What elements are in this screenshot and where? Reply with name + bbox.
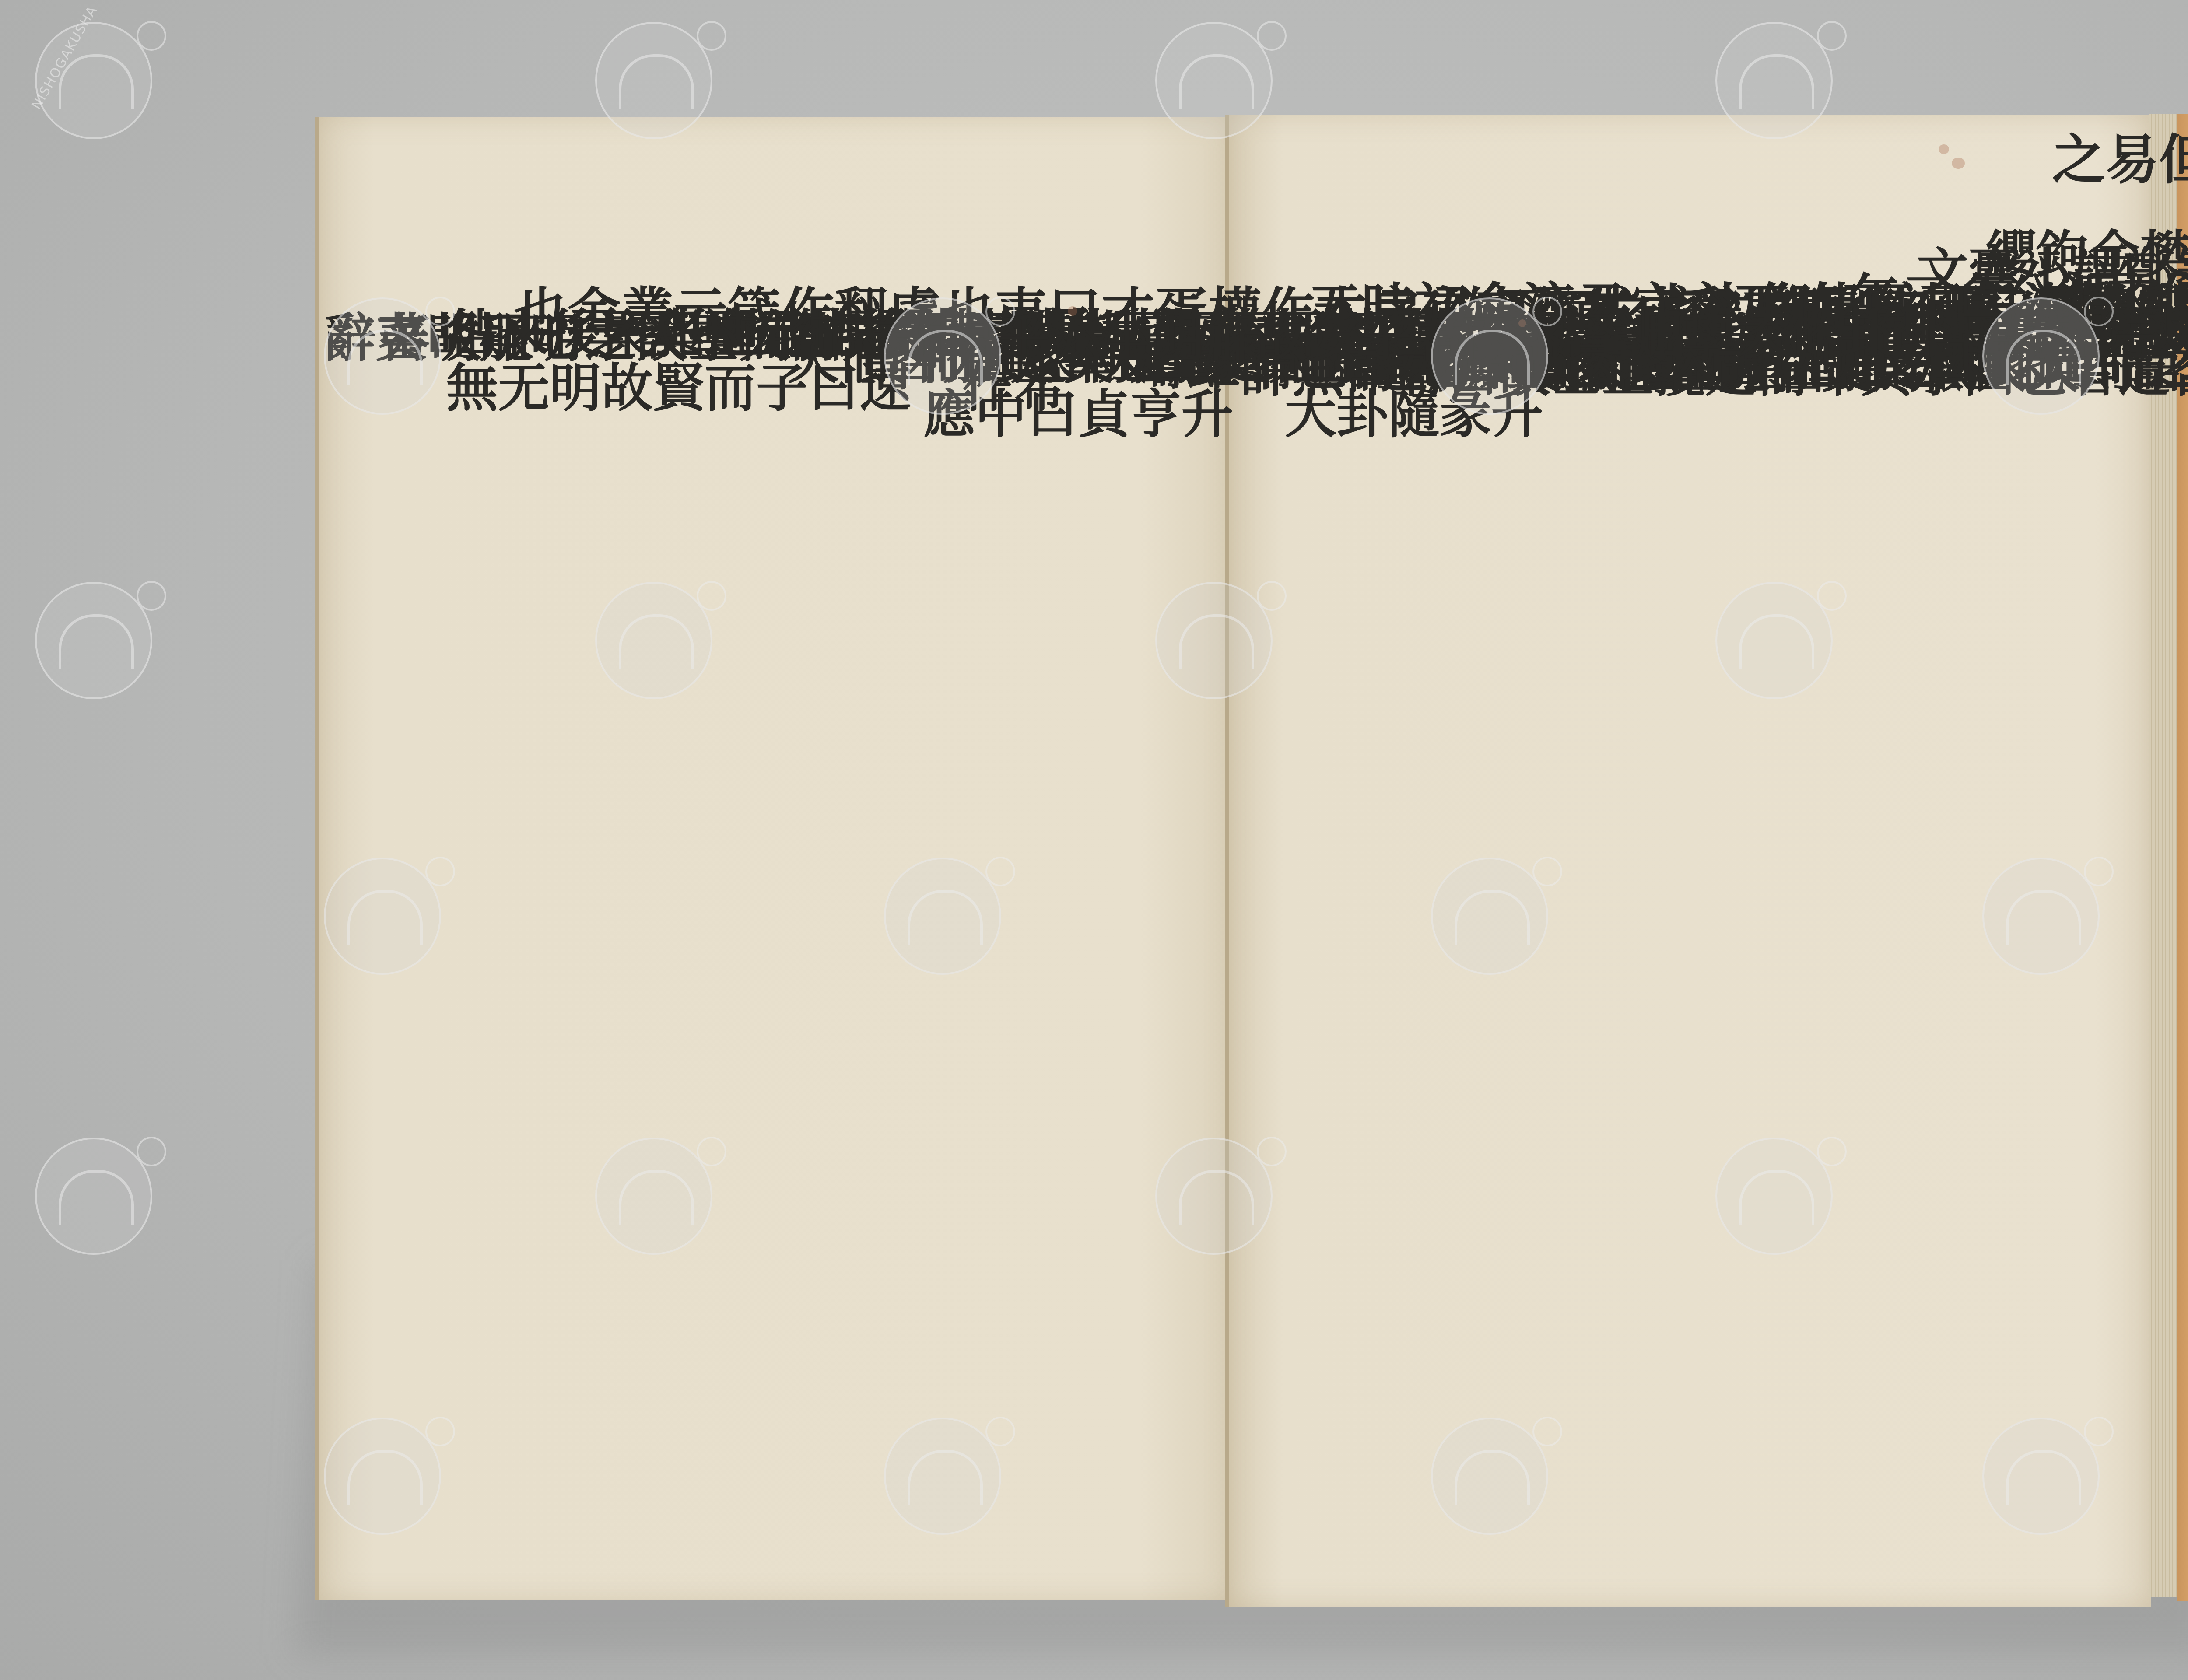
watermark-logo-icon xyxy=(1715,1137,1833,1255)
watermark-logo-icon xyxy=(1982,1417,2100,1535)
watermark-logo-icon xyxy=(595,1137,712,1255)
watermark-logo-icon xyxy=(324,1417,441,1535)
watermark-logo-icon xyxy=(1982,857,2100,975)
paper-stain xyxy=(1939,144,1949,154)
watermark-logo-icon xyxy=(884,1417,1001,1535)
watermark-logo-icon xyxy=(324,857,441,975)
watermark-logo-icon xyxy=(1155,582,1273,699)
watermark-logo-icon xyxy=(595,22,712,139)
right-page-column-1: 實公羨周禮除曰易訟上九或錫之鞶帯注云佩鞶之帯但易之 xyxy=(2048,131,2188,187)
watermark-logo-icon xyxy=(1155,1137,1273,1255)
watermark-logo-icon xyxy=(884,857,1001,975)
watermark-logo-icon xyxy=(1431,297,1548,415)
watermark-logo-icon xyxy=(1431,1417,1548,1535)
watermark-logo-icon xyxy=(1715,22,1833,139)
watermark-logo-icon xyxy=(1982,297,2100,415)
watermark-logo-icon xyxy=(35,1137,152,1255)
watermark-logo-icon xyxy=(595,582,712,699)
watermark-logo-icon xyxy=(35,582,152,699)
watermark-logo-icon xyxy=(324,297,441,415)
paper-stain xyxy=(1068,306,1077,316)
paper-stain xyxy=(1952,157,1965,169)
watermark-logo-icon xyxy=(884,297,1001,415)
watermark-logo-icon xyxy=(1715,582,1833,699)
watermark-logo-icon xyxy=(1155,22,1273,139)
watermark-logo-icon: NISHOGAKUSHA xyxy=(35,22,152,139)
watermark-logo-icon xyxy=(1431,857,1548,975)
